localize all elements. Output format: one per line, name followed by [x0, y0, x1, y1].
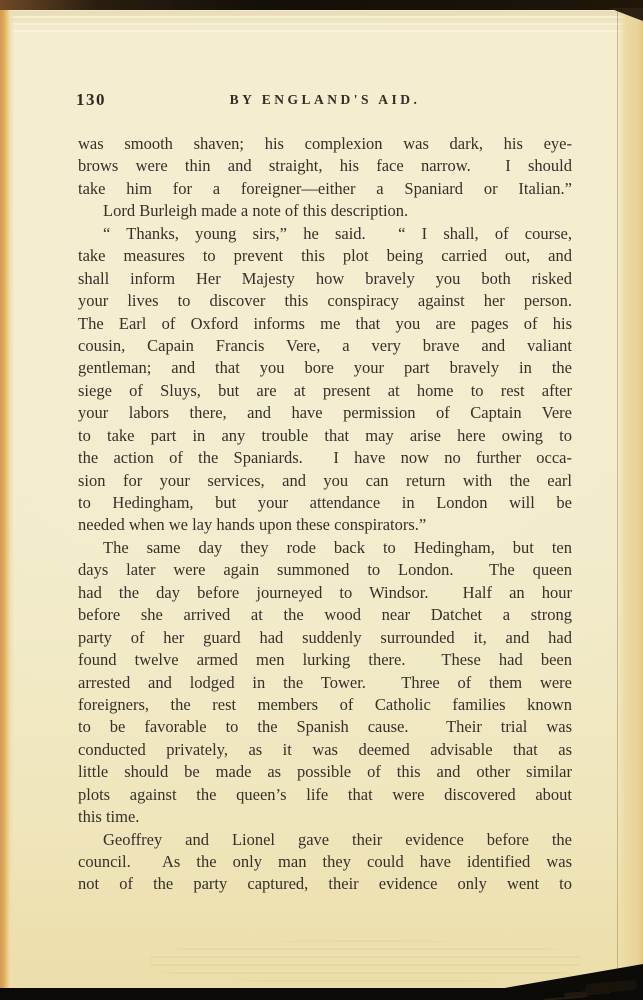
- text-line: your labors there, and have permission o…: [78, 402, 572, 424]
- text-line: your lives to discover this conspiracy a…: [78, 290, 572, 312]
- text-line: had the day before journeyed to Windsor.…: [78, 582, 572, 604]
- text-line: this time.: [78, 806, 572, 828]
- page-header: 130 BY ENGLAND'S AID.: [78, 90, 572, 112]
- text-line: conducted privately, as it was deemed ad…: [78, 739, 572, 761]
- book-page-scan: 130 BY ENGLAND'S AID. was smooth shaven;…: [0, 0, 643, 1000]
- text-line: before she arrived at the wood near Datc…: [78, 604, 572, 626]
- text-line: council. As the only man they could have…: [78, 851, 572, 873]
- text-line: the action of the Spaniards. I have now …: [78, 447, 572, 469]
- scan-top-border: [0, 0, 643, 10]
- text-line: plots against the queen’s life that were…: [78, 784, 572, 806]
- text-line: brows were thin and straight, his face n…: [78, 155, 572, 177]
- text-line: shall inform Her Majesty how bravely you…: [78, 268, 572, 290]
- text-line: found twelve armed men lurking there. Th…: [78, 649, 572, 671]
- text-line: sion for your services, and you can retu…: [78, 470, 572, 492]
- text-line: cousin, Capain Francis Vere, a very brav…: [78, 335, 572, 357]
- running-header: BY ENGLAND'S AID.: [78, 90, 572, 108]
- text-line: to be favorable to the Spanish cause. Th…: [78, 716, 572, 738]
- text-line: to take part in any trouble that may ari…: [78, 425, 572, 447]
- text-line: was smooth shaven; his complexion was da…: [78, 133, 572, 155]
- page-edge-line: [617, 9, 618, 988]
- text-line: arrested and lodged in the Tower. Three …: [78, 672, 572, 694]
- text-line: The Earl of Oxford informs me that you a…: [78, 313, 572, 335]
- page-curvature-streaks: [150, 940, 580, 984]
- text-line: The same day they rode back to Hedingham…: [78, 537, 572, 559]
- text-line: not of the party captured, their evidenc…: [78, 873, 572, 895]
- page-number: 130: [76, 90, 106, 110]
- page-stack-fore-edge: [617, 9, 643, 988]
- text-line: take measures to prevent this plot being…: [78, 245, 572, 267]
- text-line: gentleman; and that you bore your part b…: [78, 357, 572, 379]
- text-line: party of her guard had suddenly surround…: [78, 627, 572, 649]
- text-line: siege of Sluys, but are at present at ho…: [78, 380, 572, 402]
- text-line: needed when we lay hands upon these cons…: [78, 514, 572, 536]
- text-line: little should be made as possible of thi…: [78, 761, 572, 783]
- text-line: foreigners, the rest members of Catholic…: [78, 694, 572, 716]
- text-line: Lord Burleigh made a note of this descri…: [78, 200, 572, 222]
- text-line: “ Thanks, young sirs,” he said. “ I shal…: [78, 223, 572, 245]
- text-line: take him for a foreigner—either a Spania…: [78, 178, 572, 200]
- binding-edge: [0, 9, 14, 988]
- page-top-light-band: [0, 9, 643, 35]
- text-line: to Hedingham, but your attendance in Lon…: [78, 492, 572, 514]
- text-block: was smooth shaven; his complexion was da…: [78, 133, 572, 896]
- text-line: Geoffrey and Lionel gave their evidence …: [78, 829, 572, 851]
- text-line: days later were again summoned to London…: [78, 559, 572, 581]
